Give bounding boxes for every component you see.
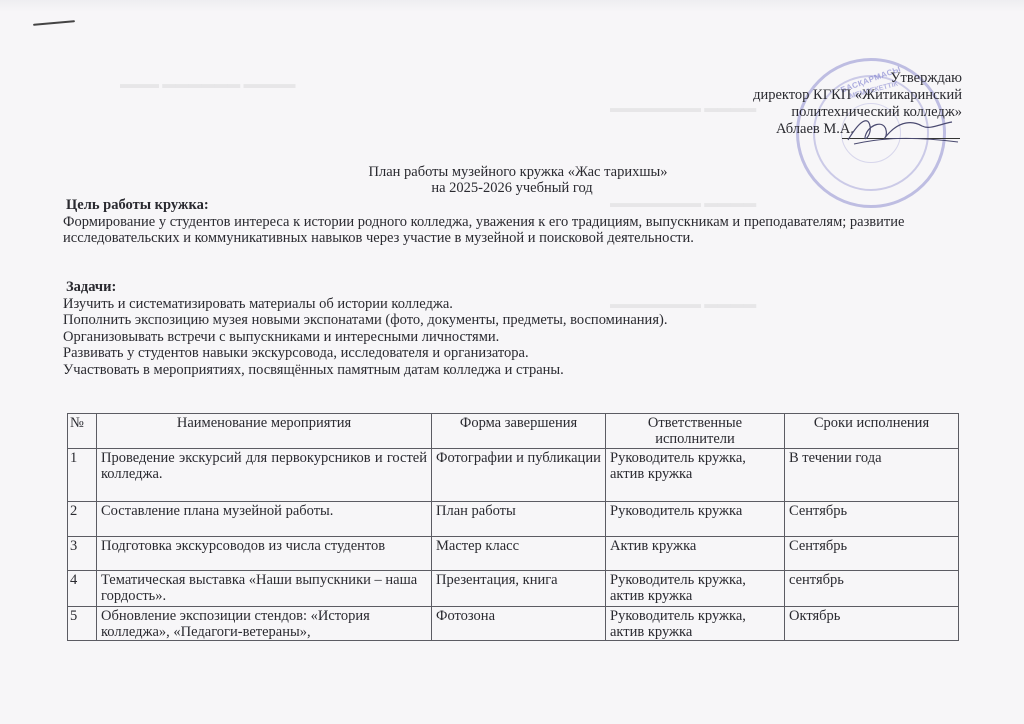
task-item: Изучить и систематизировать материалы об…: [63, 296, 963, 313]
goal-heading: Цель работы кружка:: [63, 197, 963, 214]
bleed-through-text: ▬▬▬ ▬▬▬▬▬▬ ▬▬▬▬: [120, 76, 296, 92]
title-line1: План работы музейного кружка «Жас тарихш…: [6, 164, 1024, 180]
cell-name: Составление плана музейной работы.: [97, 502, 432, 537]
cell-num: 1: [68, 449, 97, 502]
cell-num: 2: [68, 502, 97, 537]
signature-icon: [840, 112, 960, 152]
task-item: Развивать у студентов навыки экскурсовод…: [63, 345, 963, 362]
cell-num: 5: [68, 607, 97, 641]
cell-name: Подготовка экскурсоводов из числа студен…: [97, 537, 432, 571]
cell-name: Тематическая выставка «Наши выпускники –…: [97, 571, 432, 607]
cell-form: Мастер класс: [432, 537, 606, 571]
cell-form: Фотографии и публикации: [432, 449, 606, 502]
cell-term: Сентябрь: [785, 502, 959, 537]
header-responsible: Ответственные исполнители: [606, 414, 785, 449]
header-name: Наименование мероприятия: [97, 414, 432, 449]
cell-responsible: Руководитель кружка, актив кружка: [606, 607, 785, 641]
cell-num: 3: [68, 537, 97, 571]
scan-pen-mark: [33, 20, 75, 26]
header-num: №: [68, 414, 97, 449]
cell-responsible: Руководитель кружка, актив кружка: [606, 571, 785, 607]
table-row: 2 Составление плана музейной работы. Пла…: [68, 502, 959, 537]
goal-section: Цель работы кружка: Формирование у студе…: [63, 197, 963, 247]
tasks-heading: Задачи:: [63, 279, 963, 296]
task-item: Организовывать встречи с выпускниками и …: [63, 329, 963, 346]
cell-term: сентябрь: [785, 571, 959, 607]
table-row: 3 Подготовка экскурсоводов из числа студ…: [68, 537, 959, 571]
cell-num: 4: [68, 571, 97, 607]
title-line2: на 2025-2026 учебный год: [0, 180, 1024, 196]
task-item: Участвовать в мероприятиях, посвящённых …: [63, 362, 963, 379]
activity-plan-table: № Наименование мероприятия Форма заверше…: [67, 413, 959, 641]
table-row: 4 Тематическая выставка «Наши выпускники…: [68, 571, 959, 607]
approve-label: Утверждаю: [753, 70, 962, 87]
document-title: План работы музейного кружка «Жас тарихш…: [0, 164, 1024, 196]
director-position-line1: директор КГКП «Житикаринский: [753, 87, 962, 104]
header-term: Сроки исполнения: [785, 414, 959, 449]
cell-responsible: Руководитель кружка: [606, 502, 785, 537]
table-row: 1 Проведение экскурсий для первокурснико…: [68, 449, 959, 502]
bleed-through-text: ▬▬▬▬▬▬▬ ▬▬▬▬: [610, 100, 756, 116]
table-header-row: № Наименование мероприятия Форма заверше…: [68, 414, 959, 449]
cell-form: План работы: [432, 502, 606, 537]
cell-name: Обновление экспозиции стендов: «История …: [97, 607, 432, 641]
goal-text: Формирование у студентов интереса к исто…: [63, 214, 963, 247]
table-row: 5 Обновление экспозиции стендов: «Истори…: [68, 607, 959, 641]
cell-term: Сентябрь: [785, 537, 959, 571]
scanned-document-page: ▬▬▬ ▬▬▬▬▬▬ ▬▬▬▬ ▬▬▬▬▬▬▬ ▬▬▬▬ ▬▬▬▬▬▬▬ ▬▬▬…: [0, 0, 1024, 724]
cell-responsible: Актив кружка: [606, 537, 785, 571]
tasks-section: Задачи: Изучить и систематизировать мате…: [63, 279, 963, 378]
cell-form: Презентация, книга: [432, 571, 606, 607]
cell-name: Проведение экскурсий для первокурсников …: [97, 449, 432, 502]
cell-term: Октябрь: [785, 607, 959, 641]
cell-form: Фотозона: [432, 607, 606, 641]
task-item: Пополнить экспозицию музея новыми экспон…: [63, 312, 963, 329]
cell-responsible: Руководитель кружка, актив кружка: [606, 449, 785, 502]
header-form: Форма завершения: [432, 414, 606, 449]
cell-term: В течении года: [785, 449, 959, 502]
